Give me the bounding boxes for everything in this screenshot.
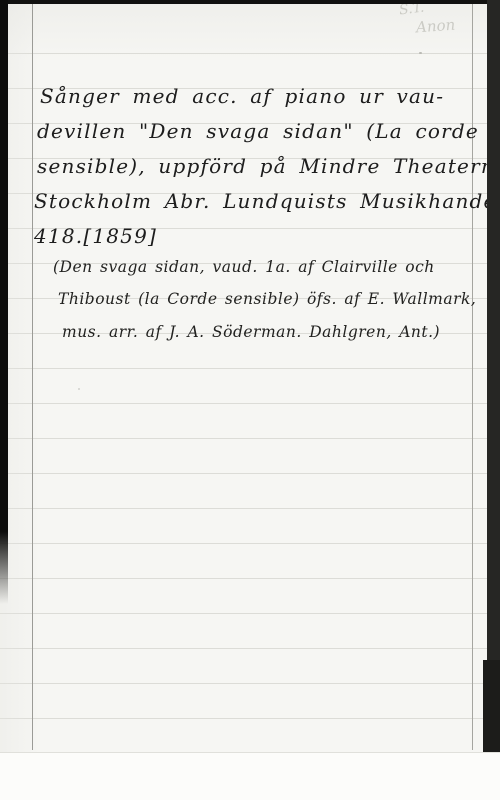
- scanned-page: S.T. Anon Sånger med acc. af piano ur va…: [0, 0, 500, 800]
- scan-edge-top: [0, 0, 500, 4]
- left-margin-rule: [32, 4, 33, 750]
- entry-line-4: Stockholm Abr. Lundquists Musikhandel: [34, 189, 500, 213]
- scan-speck: [78, 388, 80, 390]
- scan-speck: [419, 52, 422, 54]
- scan-edge-left: [0, 0, 8, 604]
- entry-line-2: devillen "Den svaga sidan" (La corde: [37, 119, 479, 143]
- pencil-annotation-bottom: Anon: [415, 16, 455, 37]
- note-line-1: (Den svaga sidan, vaud. 1a. af Clairvill…: [53, 258, 435, 276]
- entry-line-3: sensible), uppförd på Mindre Theatern.: [37, 154, 500, 178]
- catalog-card: S.T. Anon Sånger med acc. af piano ur va…: [0, 0, 500, 753]
- right-margin-rule: [472, 4, 473, 750]
- note-line-3: mus. arr. af J. A. Söderman. Dahlgren, A…: [62, 323, 440, 341]
- note-line-2: Thiboust (la Corde sensible) öfs. af E. …: [58, 290, 476, 308]
- entry-line-1: Sånger med acc. af piano ur vau-: [40, 84, 444, 108]
- scan-edge-right-lower: [483, 660, 500, 752]
- scan-edge-right: [487, 0, 500, 752]
- entry-line-5: 418.[1859]: [34, 224, 157, 248]
